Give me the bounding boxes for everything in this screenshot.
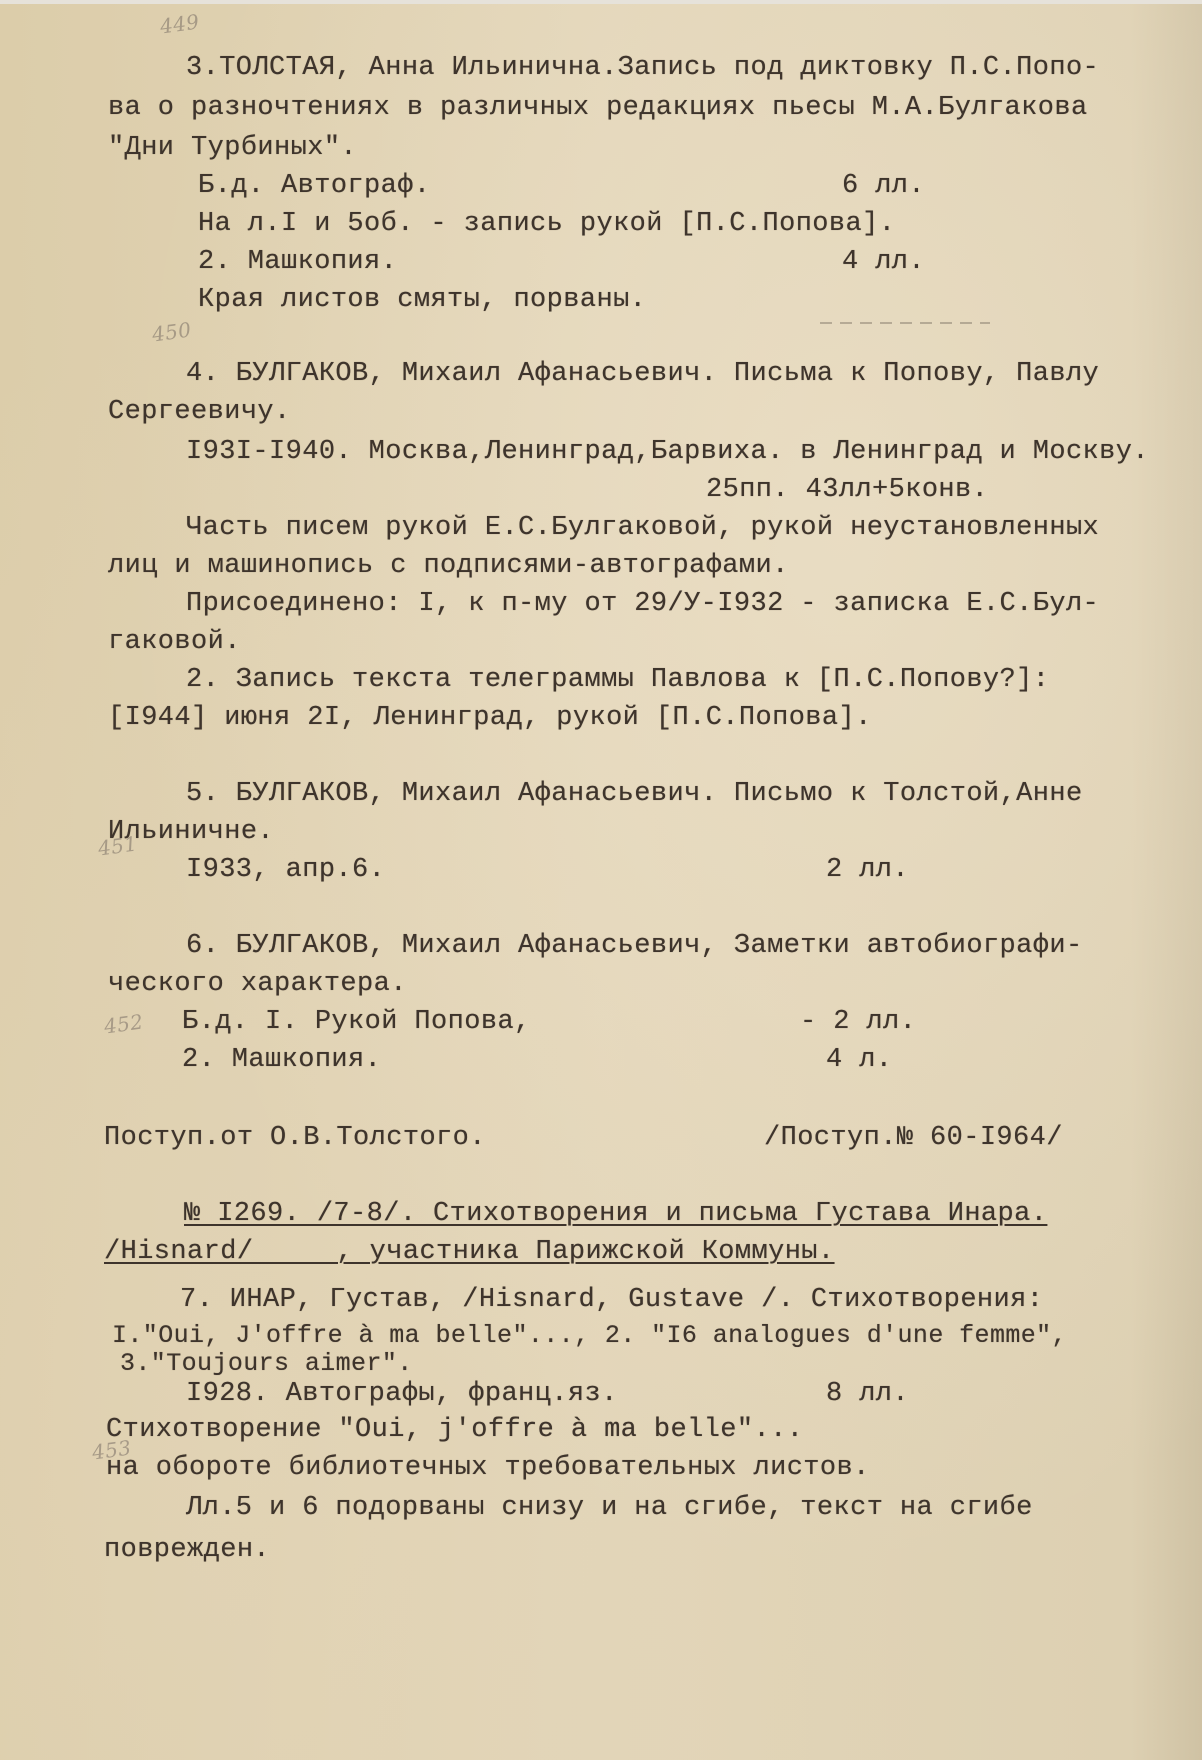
entry-note-cont: на обороте библиотечных требовательных л… xyxy=(106,1452,870,1484)
sheet-count: 4 л. xyxy=(826,1044,892,1076)
attachment-note-cont: гаковой. xyxy=(108,626,241,658)
sheet-count: 6 лл. xyxy=(842,170,925,202)
poem-list-cont: 3."Toujours aimer". xyxy=(120,1348,413,1380)
sheet-count: 4 лл. xyxy=(842,246,925,278)
entry-heading: 6. БУЛГАКОВ, Михаил Афанасьевич, Заметки… xyxy=(186,930,1083,962)
entry-note: На л.I и 5об. - запись рукой [П.С.Попова… xyxy=(198,208,895,240)
entry-note-cont: лиц и машинопись с подписями-автографами… xyxy=(108,550,789,582)
attachment-note: 2. Запись текста телеграммы Павлова к [П… xyxy=(186,664,1049,696)
entry-heading-cont: "Дни Турбиных". xyxy=(108,132,357,164)
receipt-number: /Поступ.№ 60-I964/ xyxy=(764,1122,1063,1154)
entry-note: Стихотворение "Oui, j'offre à ma belle".… xyxy=(106,1414,803,1446)
entry-heading-cont: ва о разночтениях в различных редакциях … xyxy=(108,92,1088,124)
entry-date-description: I928. Автографы, франц.яз. xyxy=(186,1378,618,1410)
condition-note-cont: поврежден. xyxy=(104,1534,270,1566)
entry-date-description: Б.д. Автограф. xyxy=(198,170,430,202)
attachment-note-cont: [I944] июня 2I, Ленинград, рукой [П.С.По… xyxy=(108,702,872,734)
entry-heading: 7. ИНАР, Густав, /Hisnard, Gustave /. Ст… xyxy=(180,1284,1043,1316)
entry-copy: 2. Машкопия. xyxy=(198,246,397,278)
entry-heading-cont: Сергеевичу. xyxy=(108,396,291,428)
entry-date-place: I93I-I940. Москва,Ленинград,Барвиха. в Л… xyxy=(186,436,1149,468)
entry-heading: 3.ТОЛСТАЯ, Анна Ильинична.Запись под дик… xyxy=(186,52,1099,84)
fund-title: № I269. /7-8/. Стихотворения и письма Гу… xyxy=(184,1198,1047,1230)
entry-date: I933, апр.6. xyxy=(186,854,385,886)
entry-date-description: Б.д. I. Рукой Попова, xyxy=(182,1006,531,1038)
extent: 25пп. 43лл+5конв. xyxy=(706,474,988,506)
receipt-source: Поступ.от О.В.Толстого. xyxy=(104,1122,486,1154)
sheet-count: 8 лл. xyxy=(826,1378,909,1410)
handwritten-page-number: 452 xyxy=(103,1009,145,1038)
fund-title-cont: /Hisnard/ , участника Парижской Коммуны. xyxy=(104,1236,835,1268)
attachment-note: Присоединено: I, к п-му от 29/У-I932 - з… xyxy=(186,588,1099,620)
entry-note: Края листов смяты, порваны. xyxy=(198,284,646,316)
entry-copy: 2. Машкопия. xyxy=(182,1044,381,1076)
entry-heading: 4. БУЛГАКОВ, Михаил Афанасьевич. Письма … xyxy=(186,358,1099,390)
condition-note: Лл.5 и 6 подорваны снизу и на сгибе, тек… xyxy=(186,1492,1033,1524)
sheet-count: 2 лл. xyxy=(826,854,909,886)
entry-heading: 5. БУЛГАКОВ, Михаил Афанасьевич. Письмо … xyxy=(186,778,1083,810)
sheet-count: - 2 лл. xyxy=(800,1006,916,1038)
handwritten-page-number: 450 xyxy=(151,317,193,346)
entry-note: Часть писем рукой Е.С.Булгаковой, рукой … xyxy=(186,512,1099,544)
entry-heading-cont: ческого характера. xyxy=(108,968,407,1000)
entry-heading-cont: Ильиничне. xyxy=(108,816,274,848)
handwritten-page-number: 449 xyxy=(159,9,201,38)
archive-catalog-page: 449 450 451 452 453 3.ТОЛСТАЯ, Анна Ильи… xyxy=(0,4,1202,1760)
faint-dashes xyxy=(820,322,990,324)
